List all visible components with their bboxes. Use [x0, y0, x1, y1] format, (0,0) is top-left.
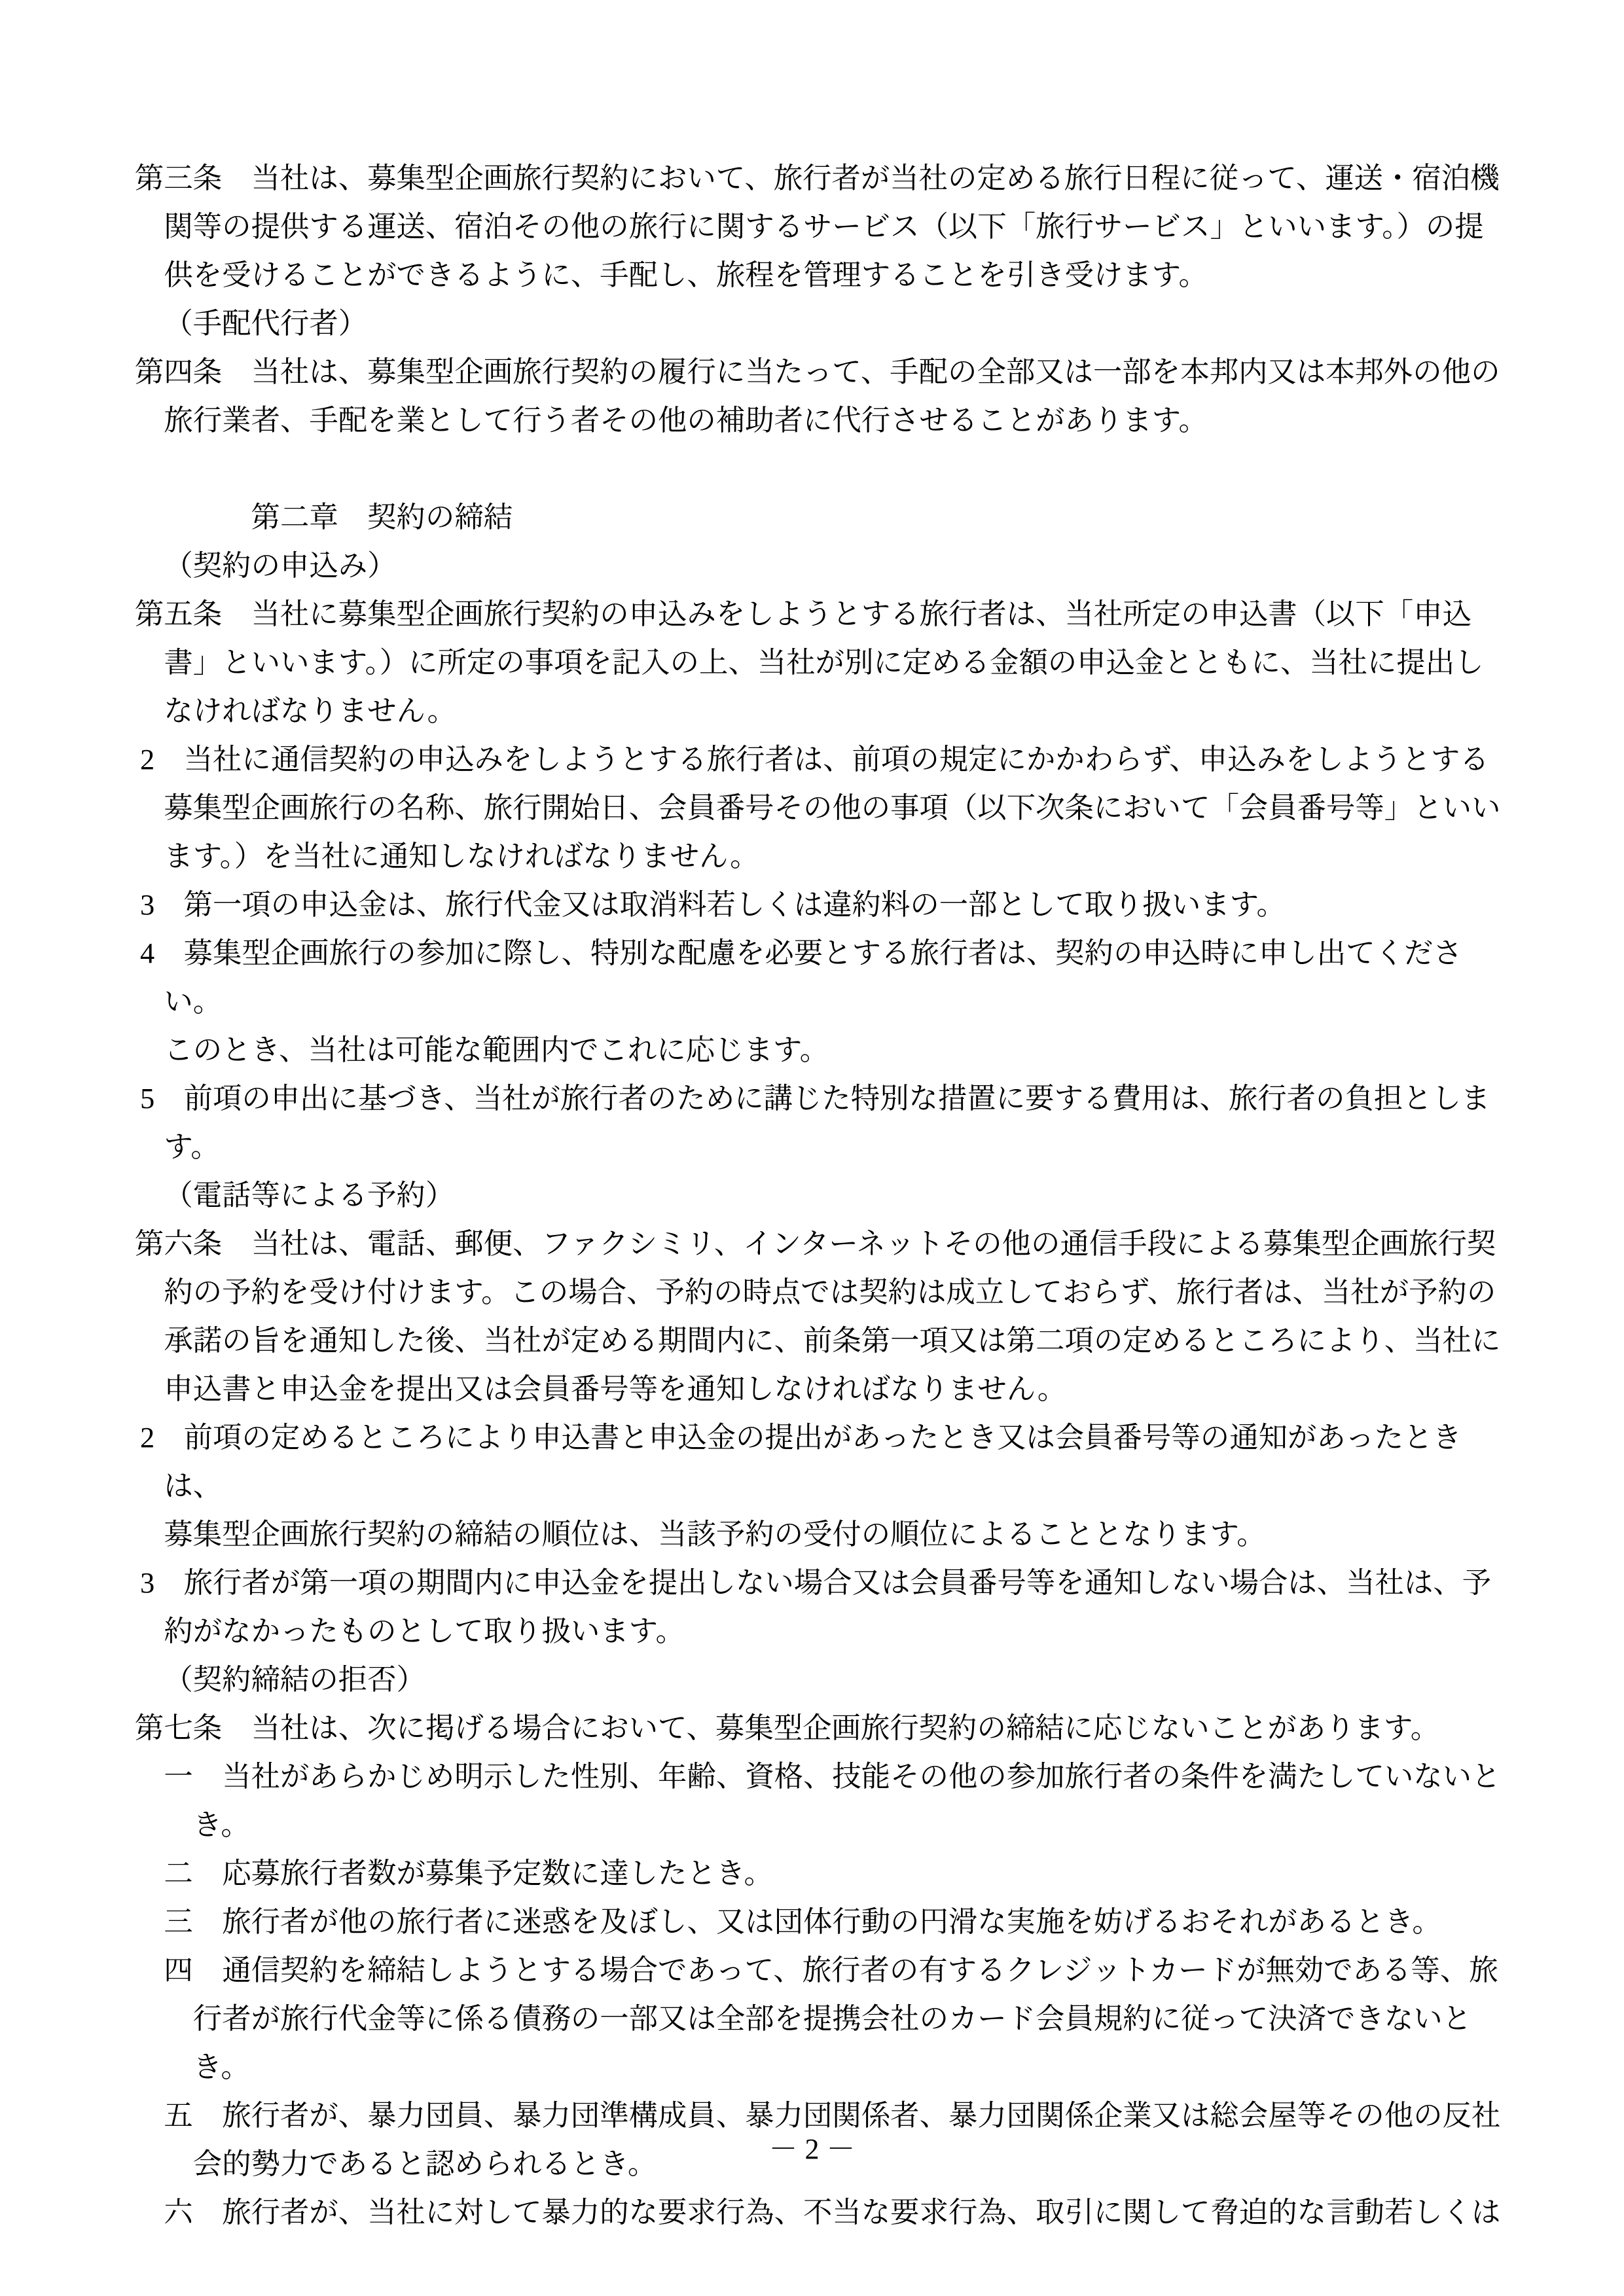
- article-5-clause-5: 5 前項の申出に基づき、当社が旅行者のために講じた特別な措置に要する費用は、旅行…: [135, 1074, 1504, 1171]
- document-page: 第三条 当社は、募集型企画旅行契約において、旅行者が当社の定める旅行日程に従って…: [0, 0, 1624, 2296]
- label-telephone-reservation: （電話等による予約）: [135, 1171, 1504, 1219]
- article-6-clause-2: 2 前項の定めるところにより申込書と申込金の提出があったとき又は会員番号等の通知…: [135, 1413, 1504, 1558]
- article-7-item-2: 二 応募旅行者数が募集予定数に達したとき。: [135, 1849, 1504, 1897]
- article-7-item-1: 一 当社があらかじめ明示した性別、年齢、資格、技能その他の参加旅行者の条件を満た…: [135, 1752, 1504, 1849]
- article-5-clause-3: 3 第一項の申込金は、旅行代金又は取消料若しくは違約料の一部として取り扱います。: [135, 880, 1504, 929]
- label-refusal-of-contract: （契約締結の拒否）: [135, 1655, 1504, 1704]
- document-body: 第三条 当社は、募集型企画旅行契約において、旅行者が当社の定める旅行日程に従って…: [135, 154, 1504, 2236]
- article-7-item-3: 三 旅行者が他の旅行者に迷惑を及ぼし、又は団体行動の円滑な実施を妨げるおそれがあ…: [135, 1897, 1504, 1946]
- chapter-2-heading: 第二章 契約の締結: [135, 493, 1504, 541]
- label-arrangement-agent: （手配代行者）: [135, 299, 1504, 348]
- article-7-item-4: 四 通信契約を締結しようとする場合であって、旅行者の有するクレジットカードが無効…: [135, 1946, 1504, 2091]
- article-4: 第四条 当社は、募集型企画旅行契約の履行に当たって、手配の全部又は一部を本邦内又…: [135, 348, 1504, 444]
- label-contract-application: （契約の申込み）: [135, 541, 1504, 590]
- article-3: 第三条 当社は、募集型企画旅行契約において、旅行者が当社の定める旅行日程に従って…: [135, 154, 1504, 299]
- article-6-clause-3: 3 旅行者が第一項の期間内に申込金を提出しない場合又は会員番号等を通知しない場合…: [135, 1558, 1504, 1655]
- article-7: 第七条 当社は、次に掲げる場合において、募集型企画旅行契約の締結に応じないことが…: [135, 1704, 1504, 1752]
- article-6: 第六条 当社は、電話、郵便、ファクシミリ、インターネットその他の通信手段による募…: [135, 1219, 1504, 1413]
- article-5-clause-2: 2 当社に通信契約の申込みをしようとする旅行者は、前項の規定にかかわらず、申込み…: [135, 735, 1504, 880]
- article-5: 第五条 当社に募集型企画旅行契約の申込みをしようとする旅行者は、当社所定の申込書…: [135, 590, 1504, 735]
- article-5-clause-4: 4 募集型企画旅行の参加に際し、特別な配慮を必要とする旅行者は、契約の申込時に申…: [135, 929, 1504, 1074]
- page-number-footer: － 2 －: [0, 2125, 1624, 2174]
- article-7-item-6: 六 旅行者が、当社に対して暴力的な要求行為、不当な要求行為、取引に関して脅迫的な…: [135, 2188, 1504, 2236]
